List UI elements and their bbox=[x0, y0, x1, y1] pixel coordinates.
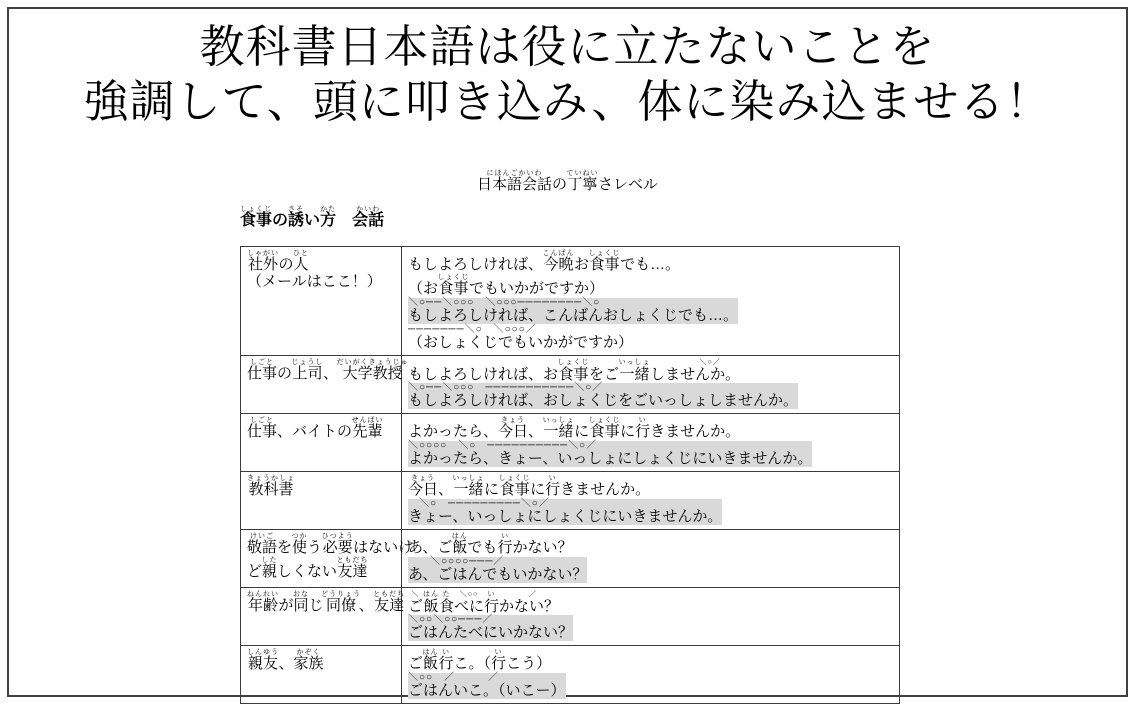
slide-title-line2: 強調して、頭に叩き込み、体に染み込ませる！ bbox=[0, 75, 1135, 130]
furigana-segment: 敬語けいご bbox=[247, 539, 277, 556]
text-segment: こう） bbox=[506, 655, 551, 672]
text-segment: あ、ご bbox=[408, 539, 452, 556]
furigana-segment: 使つか bbox=[292, 539, 307, 556]
utterance-cell: よかったら、今日きょう、一緒いっしょに食事しょくじに行いきませんか。＼○○○○ … bbox=[402, 414, 900, 472]
text-segment: でも bbox=[467, 539, 497, 556]
furigana-segment: 食た bbox=[439, 598, 454, 615]
pitch-accent-line: ＼○○ ／ ／ bbox=[408, 673, 566, 682]
furigana-segment: 先輩せんぱい bbox=[352, 423, 384, 440]
utterance-cell: もしよろしければ、今晩こんばんお食事しょくじでも…。（お食事しょくじでもいかがで… bbox=[402, 247, 900, 356]
furigana-segment: 飯はん bbox=[423, 655, 439, 672]
furigana-segment: 今日きょう bbox=[408, 481, 438, 498]
highlighted-kana-block: ＼○○○○───／あ、ごはんでもいかない？ bbox=[408, 557, 587, 583]
furigana-segment: 友達ともだち bbox=[337, 563, 369, 580]
who-line: （メールはここ！） bbox=[247, 274, 395, 290]
furigana-segment: 必要ひつよう bbox=[322, 539, 353, 556]
kana-sentence-line: あ、ごはんでもいかない？ bbox=[408, 566, 587, 583]
furigana-segment: ご＼ bbox=[408, 598, 423, 615]
table-row: 社外しゃがいの人ひと（メールはここ！）もしよろしければ、今晩こんばんお食事しょく… bbox=[241, 247, 900, 356]
politeness-table: 社外しゃがいの人ひと（メールはここ！）もしよろしければ、今晩こんばんお食事しょく… bbox=[240, 246, 900, 704]
furigana-segment: 仕事しごと bbox=[247, 423, 277, 440]
kanji-sentence-line: もしよろしければ、今晩こんばんお食事しょくじでも…。 bbox=[408, 250, 893, 273]
furigana-segment: 行い bbox=[484, 598, 499, 615]
who-cell: 親友しんゆう、家族かぞく bbox=[241, 646, 402, 704]
text-segment: 、 bbox=[438, 481, 453, 498]
utterance-cell: 今日きょう、一緒いっしょに食事しょくじに行いきませんか。 ＼○ ────────… bbox=[402, 472, 900, 530]
kana-sentence-line: きょー、いっしょにしょくじにいきませんか。 bbox=[408, 508, 722, 525]
furigana-segment: 丁寧ていねい bbox=[567, 176, 598, 193]
table-row: 仕事しごと、バイトの先輩せんぱいよかったら、今日きょう、一緒いっしょに食事しょく… bbox=[241, 414, 900, 472]
text-segment: （お bbox=[408, 280, 438, 297]
kana-sentence-line: ごはんいこ。（いこー） bbox=[408, 682, 566, 699]
text-segment: に bbox=[484, 481, 499, 498]
pitch-accent-line: ＼○ ─────────＼○／ bbox=[408, 499, 722, 508]
text-segment: に bbox=[574, 423, 589, 440]
furigana-segment: 家族かぞく bbox=[294, 655, 324, 672]
kanji-sentence-line: 今日きょう、一緒いっしょに食事しょくじに行いきませんか。 bbox=[408, 475, 893, 498]
kana-sentence-line: （おしょくじでもいかがですか） bbox=[408, 334, 633, 351]
highlighted-kana-block: ＼○──＼○○○ ＼○○○────────＼○もしよろしければ、こんばんおしょく… bbox=[408, 298, 738, 324]
table-row: 敬語けいごを使つかう必要ひつようはないけど親したしくない友達ともだちあ、ご飯はん… bbox=[241, 529, 900, 587]
text-segment: でもいかがですか） bbox=[469, 280, 604, 297]
table-row: 親友しんゆう、家族かぞくご飯はん行いこ。（行いこう）＼○○ ／ ／ごはんいこ。（… bbox=[241, 646, 900, 704]
highlighted-kana-block: ＼○○＼○○───／ごはんたべにいかない？ bbox=[408, 615, 573, 641]
slide-title-line1: 教科書日本語は役に立たないことを bbox=[0, 20, 1135, 75]
pitch-accent-line: ＼○○○○ ＼○ ──────────＼○／ bbox=[408, 441, 812, 450]
who-line: 仕事しごと、バイトの先輩せんぱい bbox=[247, 417, 395, 440]
utterance-cell: もしよろしければ、お食事しょくじをご一緒いっしょしませんか。＼○／＼○──＼○○… bbox=[402, 355, 900, 414]
kana-sentence-line: よかったら、きょー、いっしょにしょくじにいきませんか。 bbox=[408, 450, 812, 467]
utterance-cell: あ、ご飯はんでも行いかない？ ＼○○○○───／あ、ごはんでもいかない？ bbox=[402, 529, 900, 587]
who-line: 敬語けいごを使つかう必要ひつようはないけ bbox=[247, 533, 395, 556]
furigana-segment: 人ひと bbox=[294, 256, 310, 273]
text-segment: 、 bbox=[279, 655, 294, 672]
text-segment: もしよろしければ、 bbox=[408, 256, 543, 273]
who-cell: 仕事しごと、バイトの先輩せんぱい bbox=[241, 414, 402, 472]
text-segment: の bbox=[552, 176, 567, 193]
who-cell: 仕事しごとの上司じょうし、大学教授だいがくきょうじゅ bbox=[241, 355, 402, 414]
text-segment: （メールはここ！） bbox=[247, 273, 382, 290]
furigana-segment: 日本語会話にほんごかいわ bbox=[477, 176, 552, 193]
highlighted-kana-block: ＼○──＼○○○ ───────────＼○／もしよろしければ、おしょくじをごい… bbox=[408, 383, 798, 409]
furigana-segment: 友達ともだち bbox=[374, 597, 406, 614]
furigana-segment: 大学教授だいがくきょうじゅ bbox=[338, 365, 409, 382]
table-row: 教科書きょうかしょ今日きょう、一緒いっしょに食事しょくじに行いきませんか。 ＼○… bbox=[241, 472, 900, 530]
text-segment: しくない bbox=[277, 563, 337, 580]
text-segment: ど bbox=[247, 563, 262, 580]
text-segment: ご bbox=[408, 655, 423, 672]
text-segment: 、 bbox=[359, 597, 374, 614]
kanji-sentence-line: ご飯はん行いこ。（行いこう） bbox=[408, 649, 893, 672]
text-segment: はないけ bbox=[353, 539, 413, 556]
furigana-segment: 今晩こんばん bbox=[543, 256, 574, 273]
text-segment: が bbox=[279, 597, 294, 614]
text-segment: をご bbox=[589, 366, 619, 383]
furigana-segment: 仕事しごと bbox=[247, 365, 277, 382]
highlighted-kana-block: ＼○○ ／ ／ごはんいこ。（いこー） bbox=[408, 673, 566, 699]
text-segment: に bbox=[620, 423, 635, 440]
slide-title: 教科書日本語は役に立たないことを 強調して、頭に叩き込み、体に染み込ませる！ bbox=[0, 20, 1135, 130]
furigana-segment: 同僚どうりょう bbox=[324, 597, 359, 614]
furigana-segment: 一緒いっしょ bbox=[619, 366, 650, 383]
text-segment: よかったら、 bbox=[408, 423, 498, 440]
text-segment: の bbox=[272, 212, 288, 229]
subtitle-politeness-level: 日本語会話にほんごかいわの丁寧ていねいさレベル bbox=[0, 170, 1135, 194]
text-segment: 、 bbox=[528, 423, 543, 440]
text-segment: を bbox=[277, 539, 292, 556]
furigana-segment: べに＼○○ bbox=[454, 598, 484, 615]
furigana-segment: 同おな bbox=[294, 597, 309, 614]
kana-sentence-line: もしよろしければ、おしょくじをごいっしょしませんか。 bbox=[408, 392, 798, 409]
who-line: 年齢ねんれいが同おなじ同僚どうりょう、友達ともだち bbox=[247, 591, 395, 614]
text-segment: きませんか。 bbox=[560, 481, 650, 498]
furigana-segment: 行い bbox=[439, 655, 454, 672]
who-cell: 年齢ねんれいが同おなじ同僚どうりょう、友達ともだち bbox=[241, 587, 402, 646]
pitch-accent-line: ＼○──＼○○○ ───────────＼○／ bbox=[408, 383, 798, 392]
furigana-segment: 飯はん bbox=[423, 598, 439, 615]
text-segment: に bbox=[530, 481, 545, 498]
who-line: 社外しゃがいの人ひと bbox=[247, 250, 395, 273]
text-segment: でも…。 bbox=[620, 256, 680, 273]
kana-sentence-line: もしよろしければ、こんばんおしょくじでも…。 bbox=[408, 307, 738, 324]
furigana-segment: 今日きょう bbox=[498, 423, 528, 440]
text-segment: かない？ bbox=[512, 539, 572, 556]
text-segment: もしよろしければ、お bbox=[408, 366, 558, 383]
who-cell: 社外しゃがいの人ひと（メールはここ！） bbox=[241, 247, 402, 356]
who-cell: 教科書きょうかしょ bbox=[241, 472, 402, 530]
furigana-segment: 食事しょくじ bbox=[589, 423, 620, 440]
furigana-segment: 行い bbox=[635, 423, 650, 440]
table-caption: 食事しょくじの誘さそい方かた 会話かいわ bbox=[240, 206, 384, 230]
furigana-segment: 行い bbox=[545, 481, 560, 498]
kanji-sentence-line: もしよろしければ、お食事しょくじをご一緒いっしょしませんか。＼○／ bbox=[408, 359, 893, 383]
pitch-accent-line: ＼○○○○───／ bbox=[408, 557, 587, 566]
text-segment: う bbox=[307, 539, 322, 556]
text-segment: きませんか。 bbox=[650, 423, 740, 440]
who-line: 仕事しごとの上司じょうし、大学教授だいがくきょうじゅ bbox=[247, 359, 395, 382]
pitch-accent-line: ───────＼○ ＼○○○／ bbox=[408, 325, 633, 334]
furigana-segment: 親した bbox=[262, 563, 277, 580]
highlighted-kana-block: ＼○ ─────────＼○／きょー、いっしょにしょくじにいきませんか。 bbox=[408, 499, 722, 525]
furigana-segment: 親友しんゆう bbox=[247, 655, 279, 672]
kanji-sentence-line: よかったら、今日きょう、一緒いっしょに食事しょくじに行いきませんか。 bbox=[408, 417, 893, 440]
pitch-accent-line: ＼○○＼○○───／ bbox=[408, 615, 573, 624]
table-row: 仕事しごとの上司じょうし、大学教授だいがくきょうじゅもしよろしければ、お食事しょ… bbox=[241, 355, 900, 414]
kanji-sentence-line: ご＼飯はん食たべに＼○○行いかない？ ／ bbox=[408, 591, 893, 615]
text-segment bbox=[336, 212, 352, 229]
kanji-sentence-line: あ、ご飯はんでも行いかない？ bbox=[408, 533, 893, 556]
text-segment: い bbox=[304, 212, 320, 229]
furigana-segment: 食事しょくじ bbox=[240, 212, 272, 229]
text-segment: さレベル bbox=[598, 176, 658, 193]
kana-block: ───────＼○ ＼○○○／（おしょくじでもいかがですか） bbox=[408, 325, 633, 351]
furigana-segment: 飯はん bbox=[452, 539, 467, 556]
furigana-segment: 会話かいわ bbox=[352, 212, 384, 229]
furigana-segment: 方かた bbox=[320, 212, 336, 229]
kana-sentence-line: ごはんたべにいかない？ bbox=[408, 624, 573, 641]
text-segment: こ。（ bbox=[454, 655, 492, 672]
furigana-segment: 年齢ねんれい bbox=[247, 597, 279, 614]
who-cell: 敬語けいごを使つかう必要ひつようはないけど親したしくない友達ともだち bbox=[241, 529, 402, 587]
who-line: 教科書きょうかしょ bbox=[247, 475, 395, 498]
furigana-segment: 食事しょくじ bbox=[558, 366, 589, 383]
who-line: ど親したしくない友達ともだち bbox=[247, 557, 395, 580]
utterance-cell: ご飯はん行いこ。（行いこう）＼○○ ／ ／ごはんいこ。（いこー） bbox=[402, 646, 900, 704]
furigana-segment: 食事しょくじ bbox=[438, 280, 469, 297]
who-line: 親友しんゆう、家族かぞく bbox=[247, 649, 395, 672]
furigana-segment: 一緒いっしょ bbox=[453, 481, 484, 498]
furigana-segment: 食事しょくじ bbox=[499, 481, 530, 498]
table-row: 年齢ねんれいが同おなじ同僚どうりょう、友達ともだちご＼飯はん食たべに＼○○行いか… bbox=[241, 587, 900, 646]
furigana-segment: 行い bbox=[491, 655, 506, 672]
furigana-segment: 一緒いっしょ bbox=[543, 423, 574, 440]
kanji-sentence-line: （お食事しょくじでもいかがですか） bbox=[408, 274, 893, 297]
furigana-segment: 食事しょくじ bbox=[589, 256, 620, 273]
text-segment: の bbox=[277, 365, 292, 382]
pitch-accent-line: ＼○──＼○○○ ＼○○○────────＼○ bbox=[408, 298, 738, 307]
furigana-segment: 教科書きょうかしょ bbox=[247, 481, 295, 498]
text-segment: しま bbox=[650, 366, 680, 383]
furigana-segment: 行い bbox=[497, 539, 512, 556]
highlighted-kana-block: ＼○○○○ ＼○ ──────────＼○／よかったら、きょー、いっしょにしょく… bbox=[408, 441, 812, 467]
utterance-cell: ご＼飯はん食たべに＼○○行いかない？ ／＼○○＼○○───／ごはんたべにいかない… bbox=[402, 587, 900, 646]
furigana-segment: かない？ ／ bbox=[499, 598, 559, 615]
text-segment: 、 bbox=[323, 365, 338, 382]
text-segment: の bbox=[279, 256, 294, 273]
furigana-segment: 社外しゃがい bbox=[247, 256, 279, 273]
furigana-segment: 誘さそ bbox=[288, 212, 304, 229]
text-segment: 、バイトの bbox=[277, 423, 352, 440]
furigana-segment: せんか。＼○／ bbox=[680, 366, 740, 383]
text-segment: お bbox=[574, 256, 589, 273]
furigana-segment: 上司じょうし bbox=[292, 365, 323, 382]
